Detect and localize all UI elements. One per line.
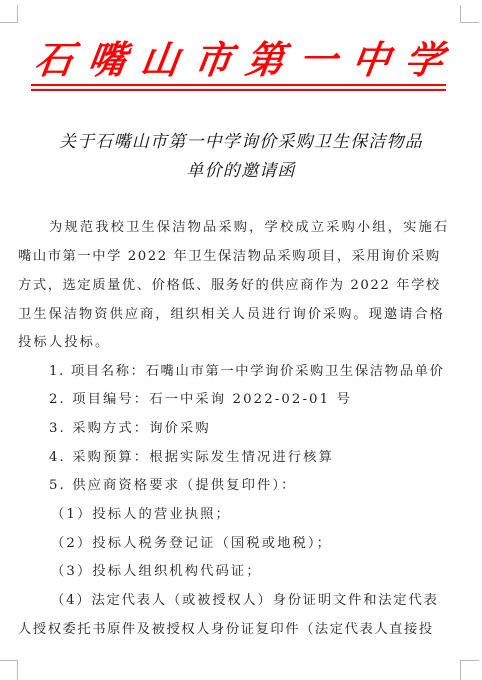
document-title-line-1: 关于石嘴山市第一中学询价采购卫生保洁物品 bbox=[0, 131, 482, 153]
requirement-item: （3）投标人组织机构代码证； bbox=[51, 562, 262, 582]
letterhead-char: 市 bbox=[190, 38, 234, 82]
requirement-item: （4）法定代表人（或被授权人）身份证明文件和法定代表 bbox=[51, 591, 439, 611]
letterhead-char: 第 bbox=[243, 38, 287, 82]
letterhead-rule-thin bbox=[31, 89, 446, 91]
letterhead-char: 一 bbox=[296, 38, 340, 82]
letterhead-char: 嘴 bbox=[85, 38, 129, 82]
intro-line: 为规范我校卫生保洁物品采购，学校成立采购小组，实施石 bbox=[49, 218, 449, 238]
margin-corner-top-right bbox=[460, 5, 479, 23]
letterhead-rule-thick bbox=[31, 84, 446, 86]
letterhead-char: 石 bbox=[32, 38, 76, 82]
letterhead-school-name: 石 嘴 山 市 第 一 中 学 bbox=[31, 38, 446, 82]
letterhead-char: 学 bbox=[402, 38, 446, 82]
requirement-item-continued: 人授权委托书原件及被授权人身份证复印件（法定代表人直接投 bbox=[18, 620, 434, 640]
intro-line: 嘴山市第一中学 2022 年卫生保洁物品采购项目，采用询价采购 bbox=[18, 247, 441, 267]
margin-corner-top-left bbox=[0, 5, 18, 23]
item-budget: 4. 采购预算：根据实际发生情况进行核算 bbox=[49, 448, 334, 468]
margin-corner-bottom-right bbox=[460, 660, 479, 680]
item-qualification: 5. 供应商资格要求（提供复印件）： bbox=[49, 476, 297, 496]
intro-line: 卫生保洁物资供应商，组织相关人员进行询价采购。现邀请合格 bbox=[18, 305, 445, 325]
requirement-item: （2）投标人税务登记证（国税或地税）； bbox=[51, 534, 332, 554]
item-project-name: 1. 项目名称：石嘴山市第一中学询价采购卫生保洁物品单价 bbox=[49, 362, 445, 382]
item-procurement-method: 3. 采购方式：询价采购 bbox=[49, 419, 211, 439]
intro-line: 投标人投标。 bbox=[18, 333, 110, 353]
margin-corner-bottom-left bbox=[0, 660, 18, 680]
letterhead-char: 山 bbox=[138, 38, 182, 82]
document-title-line-2: 单价的邀请函 bbox=[0, 160, 482, 182]
intro-line: 方式，选定质量优、价格低、服务好的供应商作为 2022 年学校 bbox=[18, 276, 441, 296]
letterhead-char: 中 bbox=[349, 38, 393, 82]
requirement-item: （1）投标人的营业执照； bbox=[51, 505, 231, 525]
item-project-number: 2. 项目编号：石一中采询 2022-02-01 号 bbox=[49, 390, 352, 410]
